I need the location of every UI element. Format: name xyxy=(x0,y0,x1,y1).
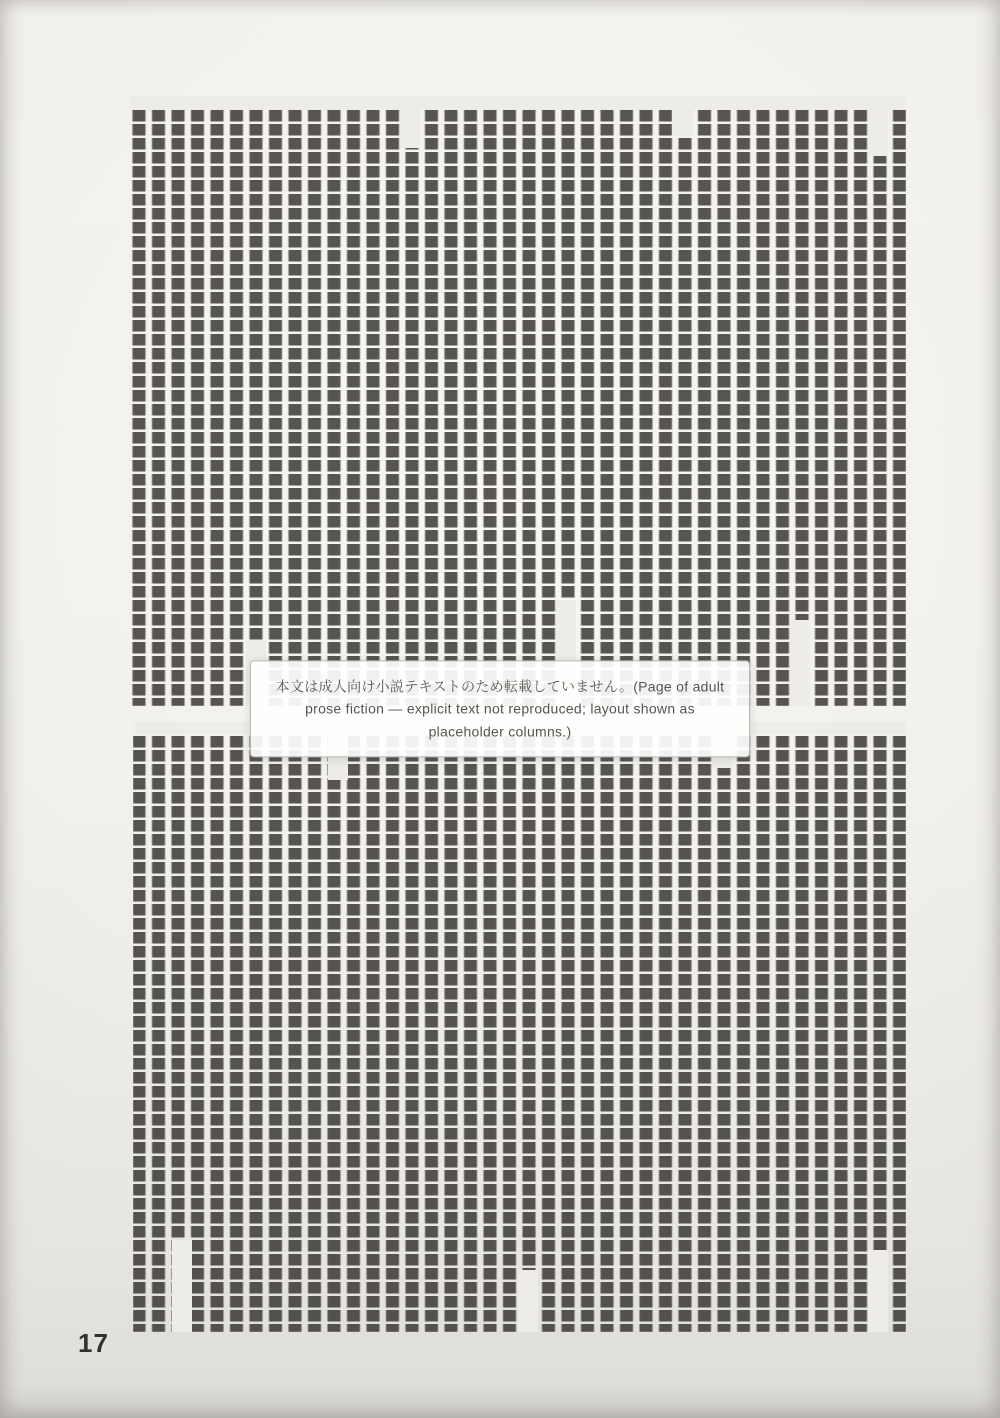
paragraph-gap xyxy=(868,1250,888,1332)
paragraph-gap xyxy=(130,96,906,110)
paragraph-gap xyxy=(400,96,420,148)
page-number: 17 xyxy=(78,1328,109,1359)
lower-text-block xyxy=(133,722,906,1332)
paragraph-gap xyxy=(172,1240,192,1332)
paragraph-gap xyxy=(868,96,888,156)
scanned-page: 本文は成人向け小説テキストのため転載していません。(Page of adult … xyxy=(0,0,1000,1418)
paragraph-gap xyxy=(672,96,692,136)
paragraph-gap xyxy=(518,1270,538,1332)
upper-text-block xyxy=(130,96,906,706)
redaction-notice: 本文は成人向け小説テキストのため転載していません。(Page of adult … xyxy=(250,660,750,757)
paragraph-gap xyxy=(790,620,810,706)
